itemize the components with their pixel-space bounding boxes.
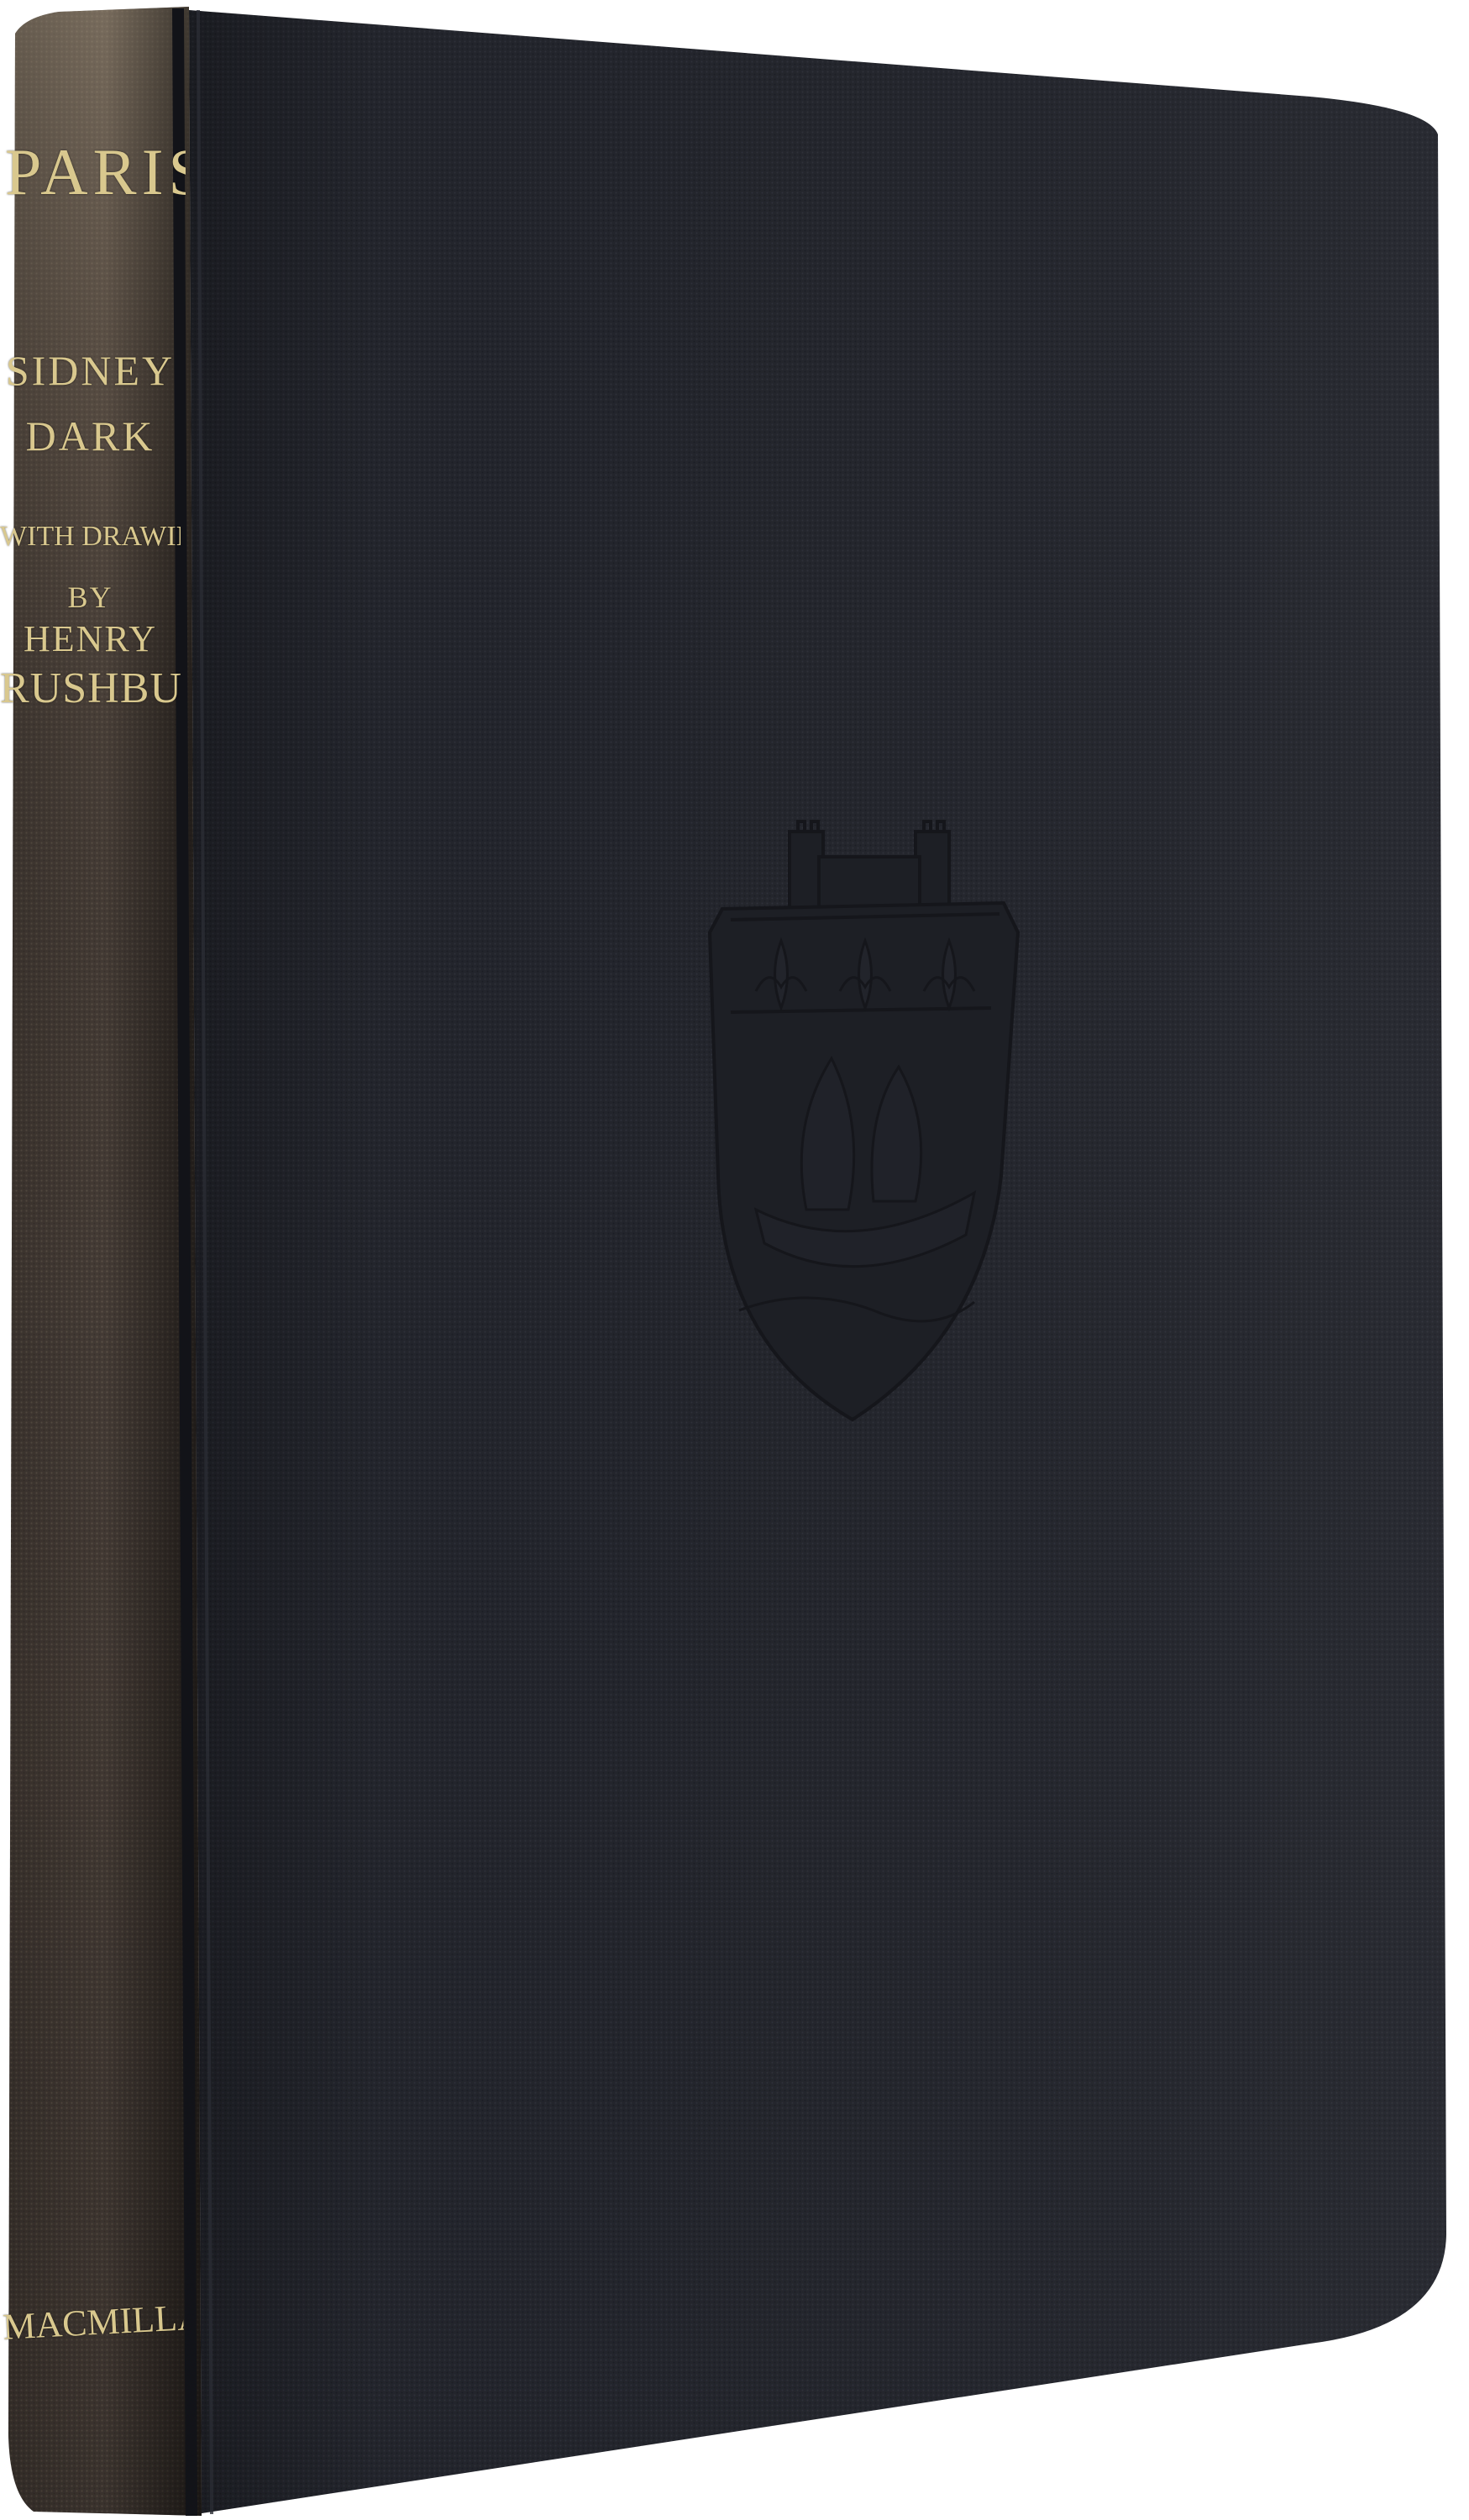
spine-author-last-name: DARK [0, 412, 181, 460]
spine-by: BY [0, 580, 181, 615]
spine-illustrator-first-name: HENRY [0, 617, 181, 660]
book-illustration [0, 0, 1469, 2520]
spine-illustrator-last-name: RUSHBURY [0, 664, 181, 713]
book-photo: PARIS SIDNEY DARK WITH DRAWINGS BY HENRY… [0, 0, 1469, 2520]
spine-illustration-credit: WITH DRAWINGS [0, 521, 181, 553]
spine-author-first-name: SIDNEY [0, 346, 181, 395]
spine-title: PARIS [0, 134, 186, 210]
